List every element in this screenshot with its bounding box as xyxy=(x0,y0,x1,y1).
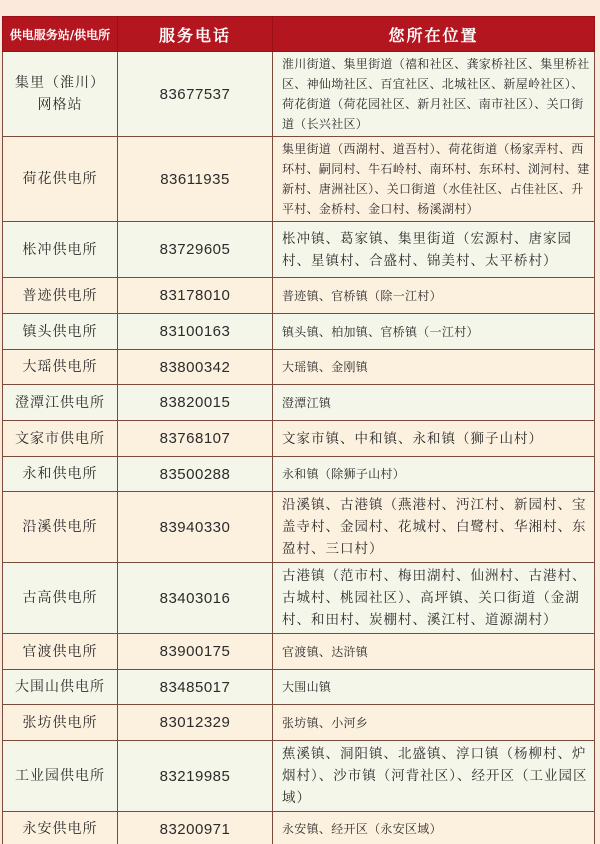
service-stations-table-container: 供电服务站/供电所 服务电话 您所在位置 集里（淮川）网格站 83677537 … xyxy=(2,16,594,844)
station-phone: 83100163 xyxy=(118,314,273,350)
station-name: 工业园供电所 xyxy=(3,741,118,812)
station-phone: 83677537 xyxy=(118,52,273,137)
table-row: 古高供电所 83403016 古港镇（范市村、梅田湖村、仙洲村、古港村、古城村、… xyxy=(3,563,595,634)
station-phone: 83485017 xyxy=(118,670,273,705)
table-row: 镇头供电所 83100163 镇头镇、柏加镇、官桥镇（一江村） xyxy=(3,314,595,350)
station-name: 荷花供电所 xyxy=(3,137,118,222)
station-phone: 83012329 xyxy=(118,705,273,741)
table-row: 集里（淮川）网格站 83677537 淮川街道、集里街道（禧和社区、龚家桥社区、… xyxy=(3,52,595,137)
header-station: 供电服务站/供电所 xyxy=(3,17,118,52)
station-location: 官渡镇、达浒镇 xyxy=(273,634,595,670)
station-name: 镇头供电所 xyxy=(3,314,118,350)
station-name: 文家市供电所 xyxy=(3,421,118,457)
station-phone: 83820015 xyxy=(118,385,273,421)
station-name: 大瑶供电所 xyxy=(3,350,118,385)
table-row: 永和供电所 83500288 永和镇（除狮子山村） xyxy=(3,457,595,492)
table-row: 大围山供电所 83485017 大围山镇 xyxy=(3,670,595,705)
table-row: 文家市供电所 83768107 文家市镇、中和镇、永和镇（狮子山村） xyxy=(3,421,595,457)
table-row: 荷花供电所 83611935 集里街道（西湖村、道吾村）、荷花街道（杨家弄村、西… xyxy=(3,137,595,222)
station-location: 蕉溪镇、洞阳镇、北盛镇、淳口镇（杨柳村、炉烟村）、沙市镇（河背社区）、经开区（工… xyxy=(273,741,595,812)
station-phone: 83940330 xyxy=(118,492,273,563)
station-name: 古高供电所 xyxy=(3,563,118,634)
station-name: 张坊供电所 xyxy=(3,705,118,741)
station-phone: 83178010 xyxy=(118,278,273,314)
station-name: 普迹供电所 xyxy=(3,278,118,314)
station-phone: 83768107 xyxy=(118,421,273,457)
station-phone: 83200971 xyxy=(118,812,273,844)
station-name: 集里（淮川）网格站 xyxy=(3,52,118,137)
table-row: 工业园供电所 83219985 蕉溪镇、洞阳镇、北盛镇、淳口镇（杨柳村、炉烟村）… xyxy=(3,741,595,812)
station-location: 沿溪镇、古港镇（燕港村、沔江村、新园村、宝盖寺村、金园村、花城村、白鹭村、华湘村… xyxy=(273,492,595,563)
station-phone: 83500288 xyxy=(118,457,273,492)
header-location: 您所在位置 xyxy=(273,17,595,52)
station-name: 永安供电所 xyxy=(3,812,118,844)
table-row: 张坊供电所 83012329 张坊镇、小河乡 xyxy=(3,705,595,741)
table-row: 枨冲供电所 83729605 枨冲镇、葛家镇、集里街道（宏源村、唐家园村、星镇村… xyxy=(3,222,595,278)
station-location: 大围山镇 xyxy=(273,670,595,705)
table-row: 沿溪供电所 83940330 沿溪镇、古港镇（燕港村、沔江村、新园村、宝盖寺村、… xyxy=(3,492,595,563)
station-location: 普迹镇、官桥镇（除一江村） xyxy=(273,278,595,314)
table-row: 大瑶供电所 83800342 大瑶镇、金刚镇 xyxy=(3,350,595,385)
station-phone: 83729605 xyxy=(118,222,273,278)
station-name: 澄潭江供电所 xyxy=(3,385,118,421)
service-stations-table: 供电服务站/供电所 服务电话 您所在位置 集里（淮川）网格站 83677537 … xyxy=(2,16,595,844)
table-row: 澄潭江供电所 83820015 澄潭江镇 xyxy=(3,385,595,421)
table-row: 永安供电所 83200971 永安镇、经开区（永安区域） xyxy=(3,812,595,844)
station-location: 澄潭江镇 xyxy=(273,385,595,421)
station-name: 枨冲供电所 xyxy=(3,222,118,278)
station-location: 枨冲镇、葛家镇、集里街道（宏源村、唐家园村、星镇村、合盛村、锦美村、太平桥村） xyxy=(273,222,595,278)
station-location: 镇头镇、柏加镇、官桥镇（一江村） xyxy=(273,314,595,350)
station-name: 大围山供电所 xyxy=(3,670,118,705)
table-row: 普迹供电所 83178010 普迹镇、官桥镇（除一江村） xyxy=(3,278,595,314)
station-location: 永和镇（除狮子山村） xyxy=(273,457,595,492)
station-name: 永和供电所 xyxy=(3,457,118,492)
table-header-row: 供电服务站/供电所 服务电话 您所在位置 xyxy=(3,17,595,52)
station-location: 文家市镇、中和镇、永和镇（狮子山村） xyxy=(273,421,595,457)
station-location: 古港镇（范市村、梅田湖村、仙洲村、古港村、古城村、桃园社区）、高坪镇、关口街道（… xyxy=(273,563,595,634)
station-phone: 83403016 xyxy=(118,563,273,634)
station-location: 淮川街道、集里街道（禧和社区、龚家桥社区、集里桥社区、神仙坳社区、百宜社区、北城… xyxy=(273,52,595,137)
station-phone: 83611935 xyxy=(118,137,273,222)
header-phone: 服务电话 xyxy=(118,17,273,52)
table-row: 官渡供电所 83900175 官渡镇、达浒镇 xyxy=(3,634,595,670)
station-name: 沿溪供电所 xyxy=(3,492,118,563)
station-location: 张坊镇、小河乡 xyxy=(273,705,595,741)
station-phone: 83219985 xyxy=(118,741,273,812)
station-location: 集里街道（西湖村、道吾村）、荷花街道（杨家弄村、西环村、嗣同村、牛石岭村、南环村… xyxy=(273,137,595,222)
station-location: 永安镇、经开区（永安区域） xyxy=(273,812,595,844)
station-phone: 83900175 xyxy=(118,634,273,670)
station-location: 大瑶镇、金刚镇 xyxy=(273,350,595,385)
station-name: 官渡供电所 xyxy=(3,634,118,670)
station-phone: 83800342 xyxy=(118,350,273,385)
